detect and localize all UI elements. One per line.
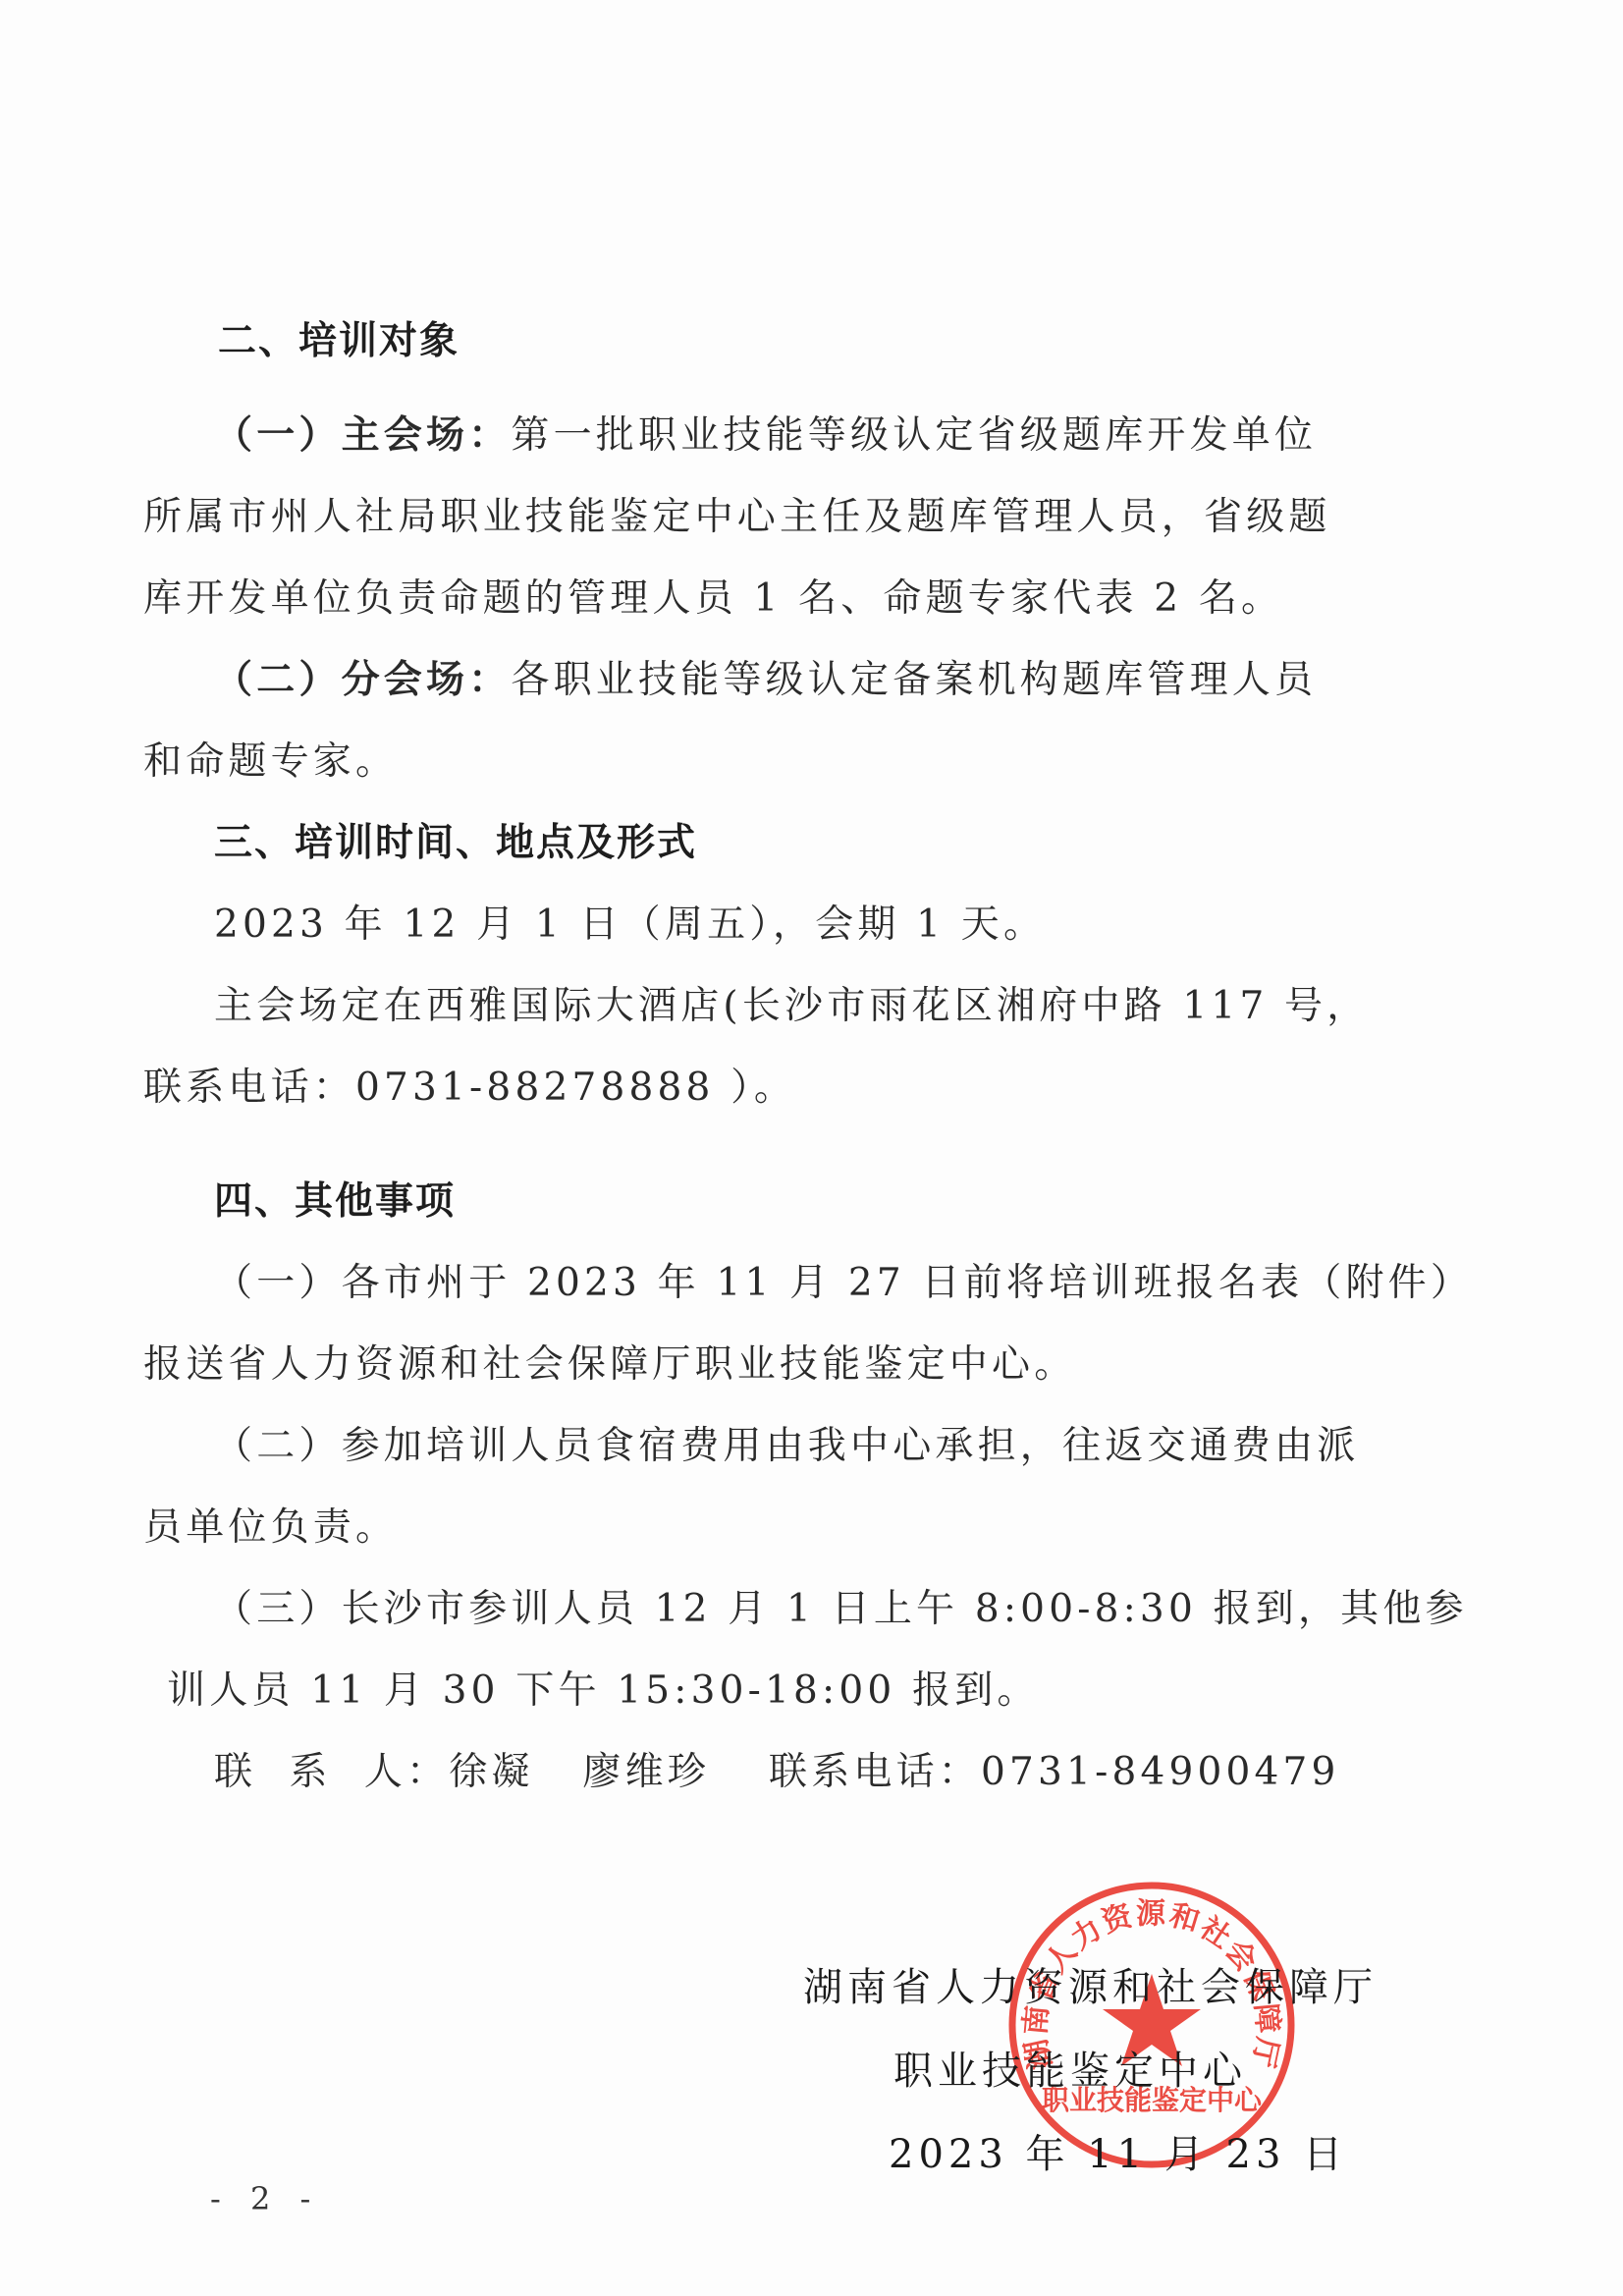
document-page: 二、培训对象 （一）主会场：第一批职业技能等级认定省级题库开发单位 所属市州人社… [0,0,1623,2296]
paragraph-date: 2023 年 12 月 1 日（周五），会期 1 天。 [214,902,1046,949]
main-venue-text: 第一批职业技能等级认定省级题库开发单位 [511,413,1317,458]
paragraph-item1-line1: （一）各市州于 2023 年 11 月 27 日前将培训班报名表（附件） [214,1260,1473,1307]
paragraph-item3-line2: 训人员 11 月 30 下午 15:30-18:00 报到。 [167,1667,1040,1715]
main-venue-label: （一）主会场： [214,413,511,458]
paragraph-item2-line1: （二）参加培训人员食宿费用由我中心承担，往返交通费由派 [214,1423,1359,1470]
paragraph-item3-line1: （三）长沙市参训人员 12 月 1 日上午 8:00-8:30 报到，其他参 [214,1586,1468,1633]
paragraph-branch-venue-line2: 和命题专家。 [143,738,398,786]
contact-person-names: 徐凝 廖维珍 [449,1750,710,1794]
contact-phone-value: 0731-84900479 [981,1750,1340,1794]
contact-line: 联 系 人：徐凝 廖维珍联系电话：0731-84900479 [214,1749,1340,1796]
paragraph-main-venue-line3: 库开发单位负责命题的管理人员 1 名、命题专家代表 2 名。 [143,575,1283,623]
paragraph-item1-line2: 报送省人力资源和社会保障厅职业技能鉴定中心。 [143,1341,1076,1389]
branch-venue-label: （二）分会场： [214,658,511,702]
section-heading-time-place-format: 三、培训时间、地点及形式 [214,820,697,867]
paragraph-venue-line1: 主会场定在西雅国际大酒店(长沙市雨花区湘府中路 117 号， [214,983,1369,1030]
signature-org-line2: 职业技能鉴定中心 [893,2048,1247,2095]
section-heading-other-matters: 四、其他事项 [214,1178,456,1226]
paragraph-item2-line2: 员单位负责。 [143,1504,398,1552]
official-seal-stamp: 湖南省人力资源和社会保障厅 职业技能鉴定中心 [1004,1878,1299,2172]
paragraph-main-venue-line2: 所属市州人社局职业技能鉴定中心主任及题库管理人员，省级题 [143,494,1331,541]
contact-phone-label: 联系电话： [769,1750,981,1794]
paragraph-venue-line2: 联系电话：0731-88278888 ）。 [143,1065,796,1112]
paragraph-branch-venue-line1: （二）分会场：各职业技能等级认定备案机构题库管理人员 [214,657,1317,704]
contact-person-label: 联 系 人： [214,1750,449,1794]
page-number: - 2 - [210,2180,320,2217]
branch-venue-text: 各职业技能等级认定备案机构题库管理人员 [511,658,1317,702]
section-heading-training-targets: 二、培训对象 [218,318,460,365]
signature-date: 2023 年 11 月 23 日 [889,2131,1347,2178]
paragraph-main-venue-line1: （一）主会场：第一批职业技能等级认定省级题库开发单位 [214,412,1317,460]
signature-org-line1: 湖南省人力资源和社会保障厅 [803,1964,1378,2011]
